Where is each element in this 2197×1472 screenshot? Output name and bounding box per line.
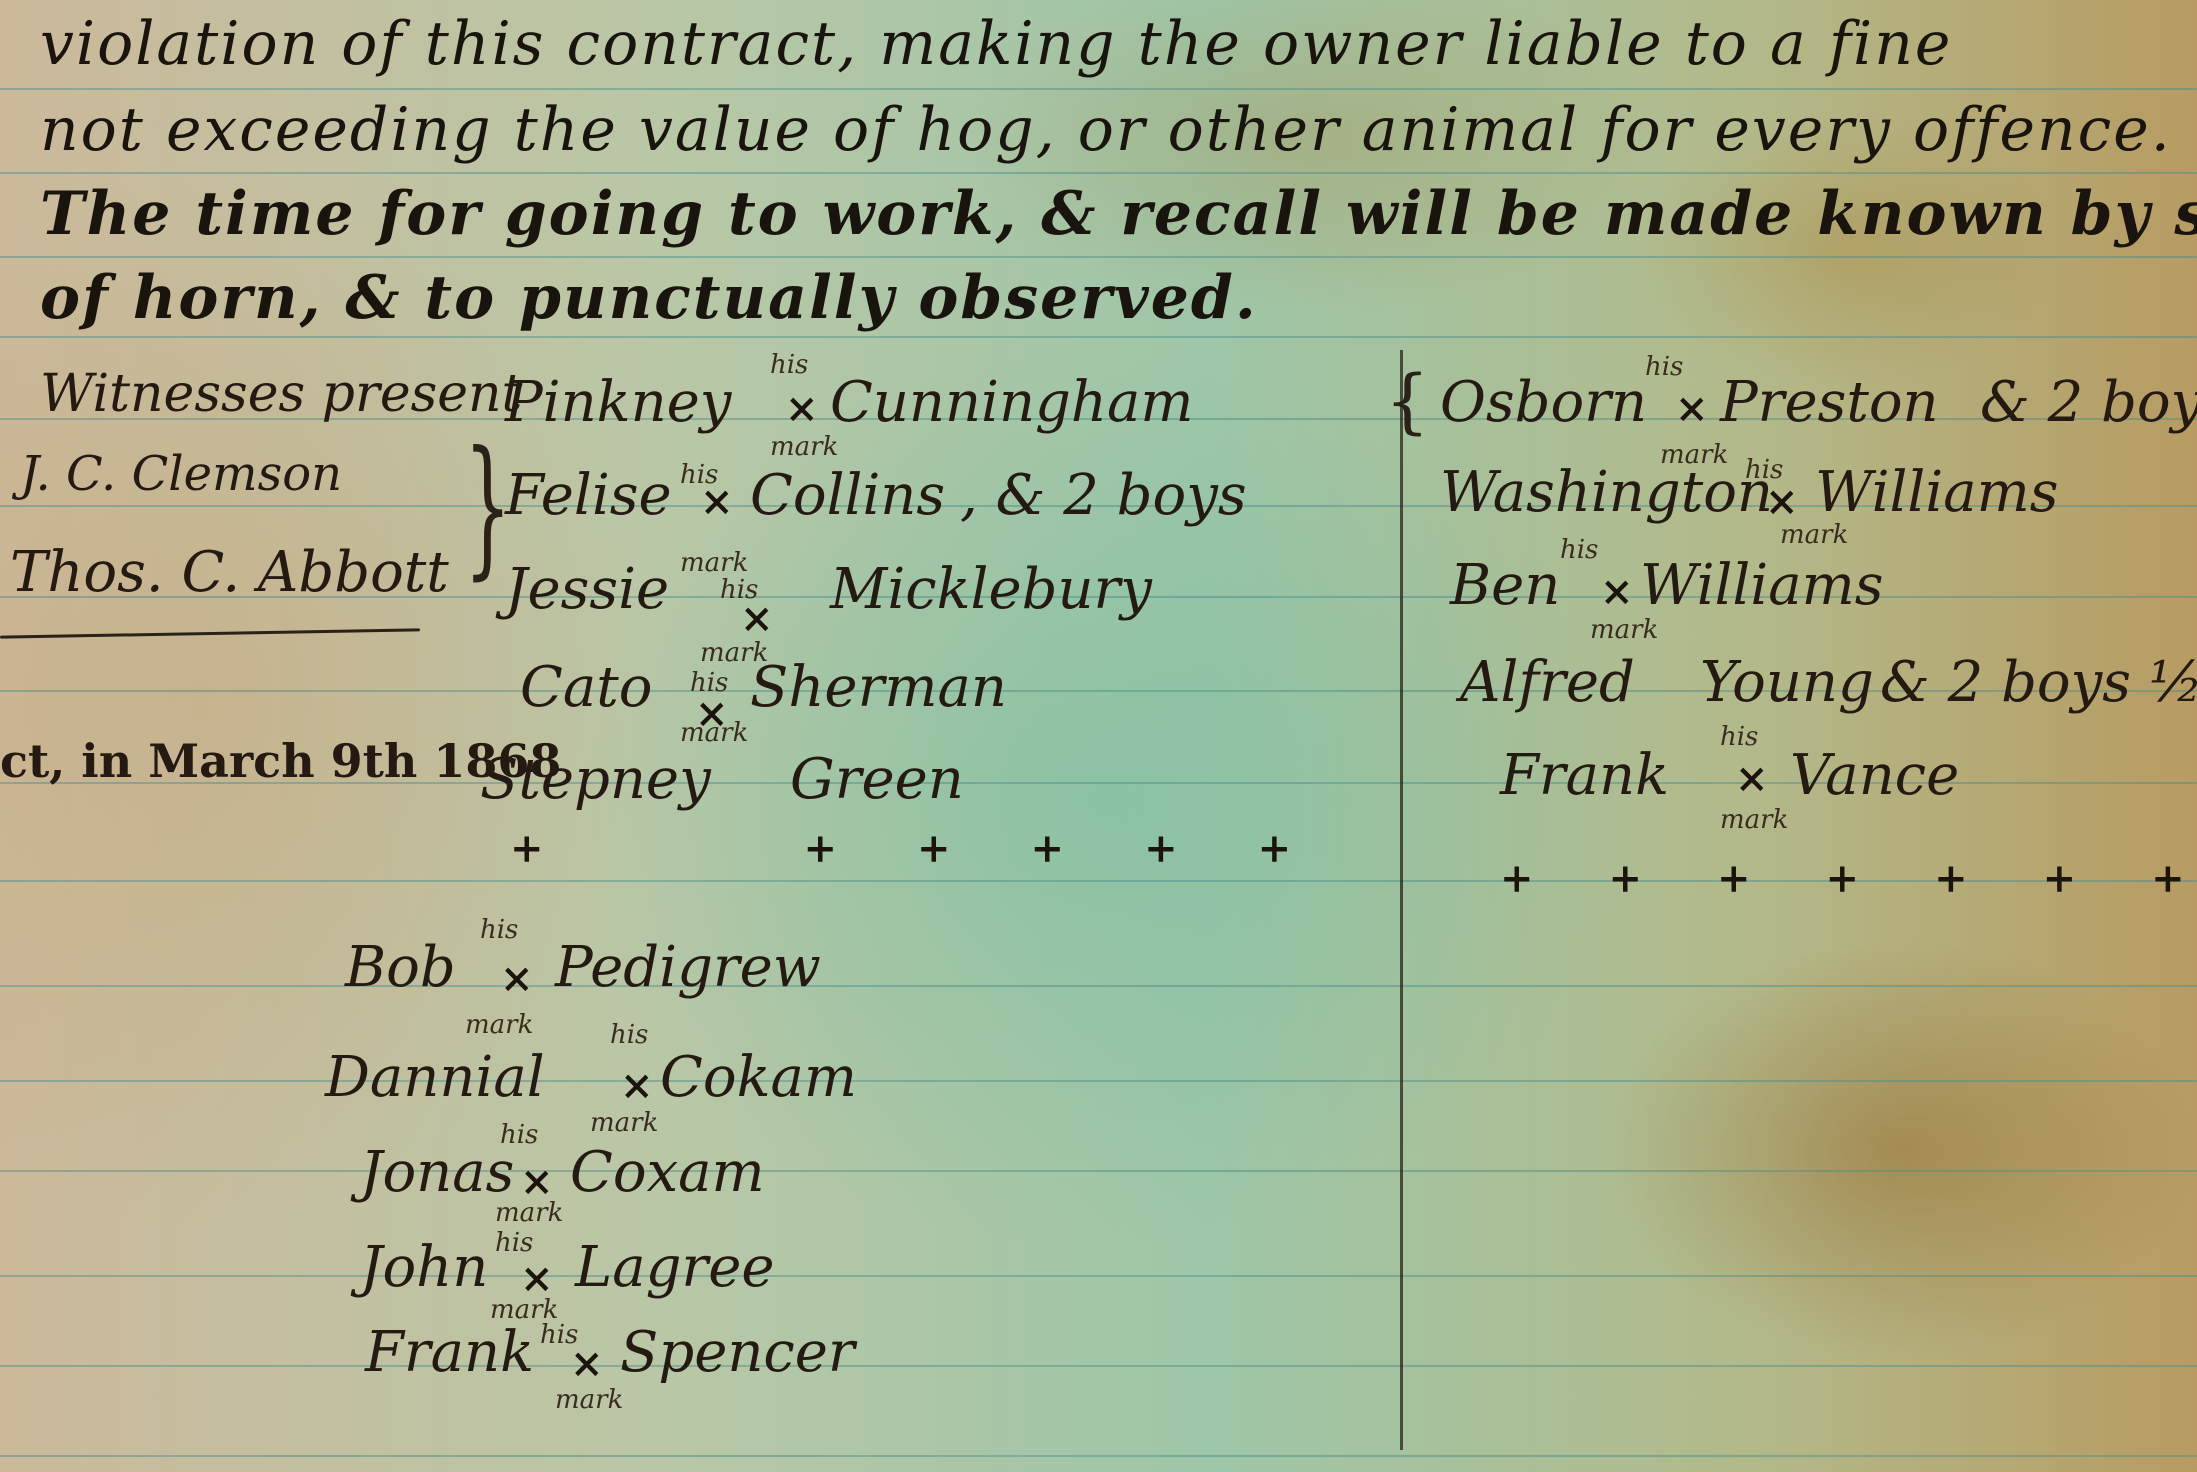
sig-first-name: Alfred <box>1460 655 1635 711</box>
rule-line <box>0 256 2197 258</box>
sig-first-name: Felise <box>505 468 672 524</box>
witness-underline-flourish <box>0 628 420 638</box>
sig-first-name: John <box>360 1240 488 1296</box>
sig-last-name: Cokam <box>660 1050 857 1106</box>
body-line-2: not exceeding the value of hog, or other… <box>40 100 2172 160</box>
rule-line <box>0 1365 2197 1367</box>
cross-mark-icon: + <box>510 825 544 872</box>
sig-first-name: Frank <box>365 1325 534 1381</box>
sig-first-name: Jonas <box>360 1145 514 1201</box>
sig-first-name: Pinkney <box>505 375 731 431</box>
cross-mark-icon: + <box>2043 855 2077 902</box>
witness-abbott: Thos. C. Abbott <box>10 545 449 601</box>
sig-first-name: Ben <box>1450 558 1560 614</box>
mark-x-icon: × <box>785 385 819 432</box>
his-label: his <box>500 1120 538 1150</box>
cross-marks-right: + + + + + + + + <box>1500 855 2197 902</box>
rule-line <box>0 985 2197 987</box>
body-line-1: violation of this contract, making the o… <box>40 14 1952 74</box>
mark-x-icon: × <box>570 1340 604 1387</box>
mark-label: mark <box>495 1198 563 1228</box>
mark-x-icon: × <box>620 1062 654 1109</box>
body-line-4: of horn, & to punctually observed. <box>40 268 1258 328</box>
cross-mark-icon: + <box>1031 825 1065 872</box>
cross-mark-icon: + <box>1826 855 1860 902</box>
sig-last-name: Vance <box>1790 748 1959 804</box>
column-divider <box>1400 350 1403 1450</box>
mark-x-icon: × <box>1735 755 1769 802</box>
rule-line <box>0 1170 2197 1172</box>
sig-last-name: Williams <box>1815 465 2058 521</box>
mark-x-icon: × <box>700 478 734 525</box>
mark-label: mark <box>1590 615 1658 645</box>
witness-clemson: J. C. Clemson <box>20 450 342 498</box>
sig-last-name: Young <box>1700 655 1874 711</box>
cross-mark-icon: + <box>1144 825 1178 872</box>
his-label: his <box>495 1228 533 1258</box>
sig-note: , & 2 boys <box>960 468 1247 524</box>
rule-line <box>0 336 2197 338</box>
his-label: his <box>610 1020 648 1050</box>
rule-line <box>0 1275 2197 1277</box>
sig-last-name: Cunningham <box>830 375 1193 431</box>
mark-x-icon: × <box>1765 478 1799 525</box>
his-label: his <box>1720 722 1758 752</box>
mark-label: mark <box>1720 805 1788 835</box>
cross-mark-icon: + <box>804 825 838 872</box>
witnesses-heading: Witnesses present <box>40 368 522 420</box>
sig-last-name: Sherman <box>750 660 1007 716</box>
cross-mark-icon: + <box>1934 855 1968 902</box>
sig-first-name: Frank <box>1500 748 1669 804</box>
mark-label: mark <box>1660 440 1728 470</box>
mark-x-icon: × <box>500 955 534 1002</box>
mark-label: mark <box>590 1108 658 1138</box>
mark-label: mark <box>680 548 748 578</box>
cross-mark-icon: + <box>1717 855 1751 902</box>
mark-label: mark <box>555 1385 623 1415</box>
sig-note: & 2 boys <box>1980 375 2197 431</box>
rule-line <box>0 88 2197 90</box>
mark-x-icon: × <box>1600 568 1634 615</box>
sig-last-name: Coxam <box>570 1145 765 1201</box>
mark-label: mark <box>680 718 748 748</box>
sig-first-name: Osborn <box>1440 375 1647 431</box>
sig-first-name: Cato <box>520 660 652 716</box>
cross-marks-middle: + + + + + + <box>510 825 1291 872</box>
cross-mark-icon: + <box>1500 855 1534 902</box>
rule-line <box>0 1455 2197 1457</box>
sig-first-name: Bob <box>345 940 456 996</box>
sig-first-name: Washington <box>1440 465 1773 521</box>
sig-first-name: Stepney <box>480 752 711 808</box>
mark-label: mark <box>465 1010 533 1040</box>
his-label: his <box>1560 535 1598 565</box>
sig-last-name: Green <box>790 752 964 808</box>
divider-brace: { <box>1385 360 1430 442</box>
sig-last-name: Preston <box>1720 375 1939 431</box>
sig-first-name: Dannial <box>325 1050 545 1106</box>
mark-x-icon: × <box>740 595 774 642</box>
cross-mark-icon: + <box>2151 855 2185 902</box>
sig-last-name: Pedigrew <box>555 940 821 996</box>
mark-x-icon: × <box>1675 385 1709 432</box>
sig-first-name: Jessie <box>505 562 669 618</box>
cross-mark-icon: + <box>1609 855 1643 902</box>
his-label: his <box>1645 352 1683 382</box>
rule-line <box>0 172 2197 174</box>
sig-last-name: Spencer <box>620 1325 855 1381</box>
date-line: ct, in March 9th 1868 <box>0 738 561 784</box>
body-line-3: The time for going to work, & recall wil… <box>40 184 2197 244</box>
cross-mark-icon: + <box>917 825 951 872</box>
his-label: his <box>770 350 808 380</box>
his-label: his <box>480 915 518 945</box>
cross-mark-icon: + <box>1258 825 1292 872</box>
sig-last-name: Micklebury <box>830 562 1152 618</box>
sig-note: & 2 boys ½ h <box>1880 655 2197 711</box>
mark-label: mark <box>1780 520 1848 550</box>
sig-last-name: Collins <box>750 468 945 524</box>
sig-last-name: Williams <box>1640 558 1883 614</box>
mark-label: mark <box>770 432 838 462</box>
sig-last-name: Lagree <box>575 1240 774 1296</box>
